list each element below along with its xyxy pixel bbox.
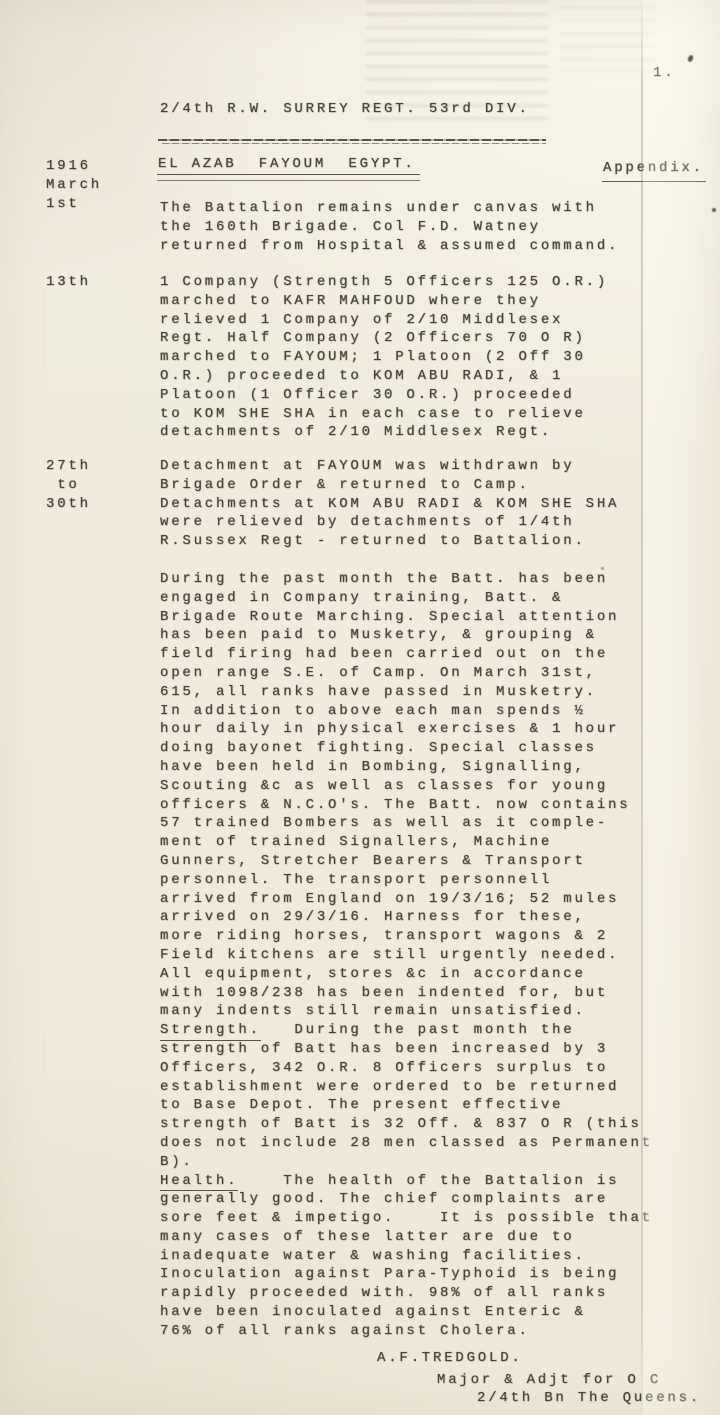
location-heading: EL AZAB FAYOUM EGYPT. [158,155,416,174]
diary-line: doing bayonet fighting. Special classes [160,739,675,758]
diary-line: have been held in Bombing, Signalling, [160,758,675,777]
page-number: 1. [653,64,675,83]
diary-line: In addition to above each man spends ½ [160,702,675,721]
diary-line: relieved 1 Company of 2/10 Middlesex [160,311,675,330]
signature-unit: 2/4th Bn The Queens. [477,1389,701,1408]
diary-line: marched to KAFR MAHFOUD where they [160,292,675,311]
paper-fold-line [641,0,643,1415]
entry-date-line: 1916 [46,157,102,176]
diary-line: R.Sussex Regt - returned to Battalion. [160,532,675,551]
diary-line: ment of trained Signallers, Machine [160,833,675,852]
diary-line: 615, all ranks have passed in Musketry. [160,683,675,702]
diary-line: Health. The health of the Battalion is [160,1172,675,1191]
diary-line: Strength. During the past month the [160,1021,675,1040]
signature-name: A.F.TREDGOLD. [377,1349,523,1368]
diary-line: were relieved by detachments of 1/4th [160,513,675,532]
diary-line: has been paid to Musketry, & grouping & [160,626,675,645]
entry-date-line: 30th [46,495,91,514]
diary-line: B). [160,1153,675,1172]
entry-date-line: 1st [46,195,102,214]
diary-line: more riding horses, transport wagons & 2 [160,927,675,946]
underlined-term: Health. [160,1172,238,1192]
diary-line: field firing had been carried out on the [160,645,675,664]
diary-line: inadequate water & washing facilities. [160,1247,675,1266]
diary-line: All equipment, stores &c in accordance [160,965,675,984]
diary-line: Gunners, Stretcher Bearers & Transport [160,852,675,871]
document-title: 2/4th R.W. SURREY REGT. 53rd DIV. [160,100,530,119]
diary-line: arrived on 29/3/16. Harness for these, [160,908,675,927]
diary-line: Detachments at KOM ABU RADI & KOM SHE SH… [160,495,675,514]
diary-line: Brigade Order & returned to Camp. [160,476,675,495]
diary-entry: Detachment at FAYOUM was withdrawn byBri… [160,457,675,551]
ink-speck [601,567,604,570]
entry-date: 1916March1st [46,157,102,213]
diary-line: returned from Hospital & assumed command… [160,237,675,256]
diary-line: detachments of 2/10 Middlesex Regt. [160,423,675,442]
entry-date-line: March [46,176,102,195]
diary-line: establishment were ordered to be returne… [160,1078,675,1097]
diary-line: officers & N.C.O's. The Batt. now contai… [160,796,675,815]
diary-line: to Base Depot. The present effective [160,1096,675,1115]
diary-line: with 1098/238 has been indented for, but [160,984,675,1003]
entry-date: 27th to30th [46,457,91,513]
diary-line: 57 trained Bombers as well as it comple- [160,814,675,833]
diary-line: rapidly proceeded with. 98% of all ranks [160,1284,675,1303]
diary-line: arrived from England on 19/3/16; 52 mule… [160,890,675,909]
diary-line: open range S.E. of Camp. On March 31st, [160,664,675,683]
entry-date-line: 13th [46,273,91,292]
diary-line: to KOM SHE SHA in each case to relieve [160,405,675,424]
diary-line: does not include 28 men classed as Perma… [160,1134,675,1153]
diary-line: The Battalion remains under canvas with [160,199,675,218]
diary-line: During the past month the Batt. has been [160,570,675,589]
diary-line: sore feet & impetigo. It is possible tha… [160,1209,675,1228]
diary-line: personnel. The transport personnell [160,871,675,890]
diary-line: Brigade Route Marching. Special attentio… [160,608,675,627]
entry-date-line: 27th [46,457,91,476]
diary-entry: During the past month the Batt. has been… [160,570,675,1341]
diary-line: Field kitchens are still urgently needed… [160,946,675,965]
diary-line: 76% of all ranks against Cholera. [160,1322,675,1341]
title-underline-rule [158,139,546,145]
diary-line: many indents still remain unsatisfied. [160,1002,675,1021]
diary-line: O.R.) proceeded to KOM ABU RADI, & 1 [160,367,675,386]
diary-line: Inoculation against Para-Typhoid is bein… [160,1265,675,1284]
diary-line: the 160th Brigade. Col F.D. Watney [160,218,675,237]
diary-line: many cases of these latter are due to [160,1228,675,1247]
diary-entry: 1 Company (Strength 5 Officers 125 O.R.)… [160,273,675,442]
entry-date: 13th [46,273,91,292]
signature-role: Major & Adjt for O C [437,1371,661,1390]
appendix-label: Appendix. [603,159,704,178]
diary-line: 1 Company (Strength 5 Officers 125 O.R.) [160,273,675,292]
war-diary-page: 1. 2/4th R.W. SURREY REGT. 53rd DIV. EL … [0,0,720,1415]
diary-entry: The Battalion remains under canvas witht… [160,199,675,255]
ink-speck [687,54,694,62]
diary-line: engaged in Company training, Batt. & [160,589,675,608]
diary-line: strength of Batt is 32 Off. & 837 O R (t… [160,1115,675,1134]
diary-line: Regt. Half Company (2 Officers 70 O R) [160,329,675,348]
diary-line: have been inoculated against Enteric & [160,1303,675,1322]
ink-speck [712,208,716,212]
diary-line: Officers, 342 O.R. 8 Officers surplus to [160,1059,675,1078]
diary-line: hour daily in physical exercises & 1 hou… [160,720,675,739]
underlined-term: Strength. [160,1021,261,1041]
diary-line: Detachment at FAYOUM was withdrawn by [160,457,675,476]
diary-line: generally good. The chief complaints are [160,1190,675,1209]
diary-line: marched to FAYOUM; 1 Platoon (2 Off 30 [160,348,675,367]
entry-date-line: to [46,476,91,495]
diary-line: strength of Batt has been increased by 3 [160,1040,675,1059]
diary-line: Platoon (1 Officer 30 O.R.) proceeded [160,386,675,405]
diary-line: Scouting &c as well as classes for young [160,777,675,796]
